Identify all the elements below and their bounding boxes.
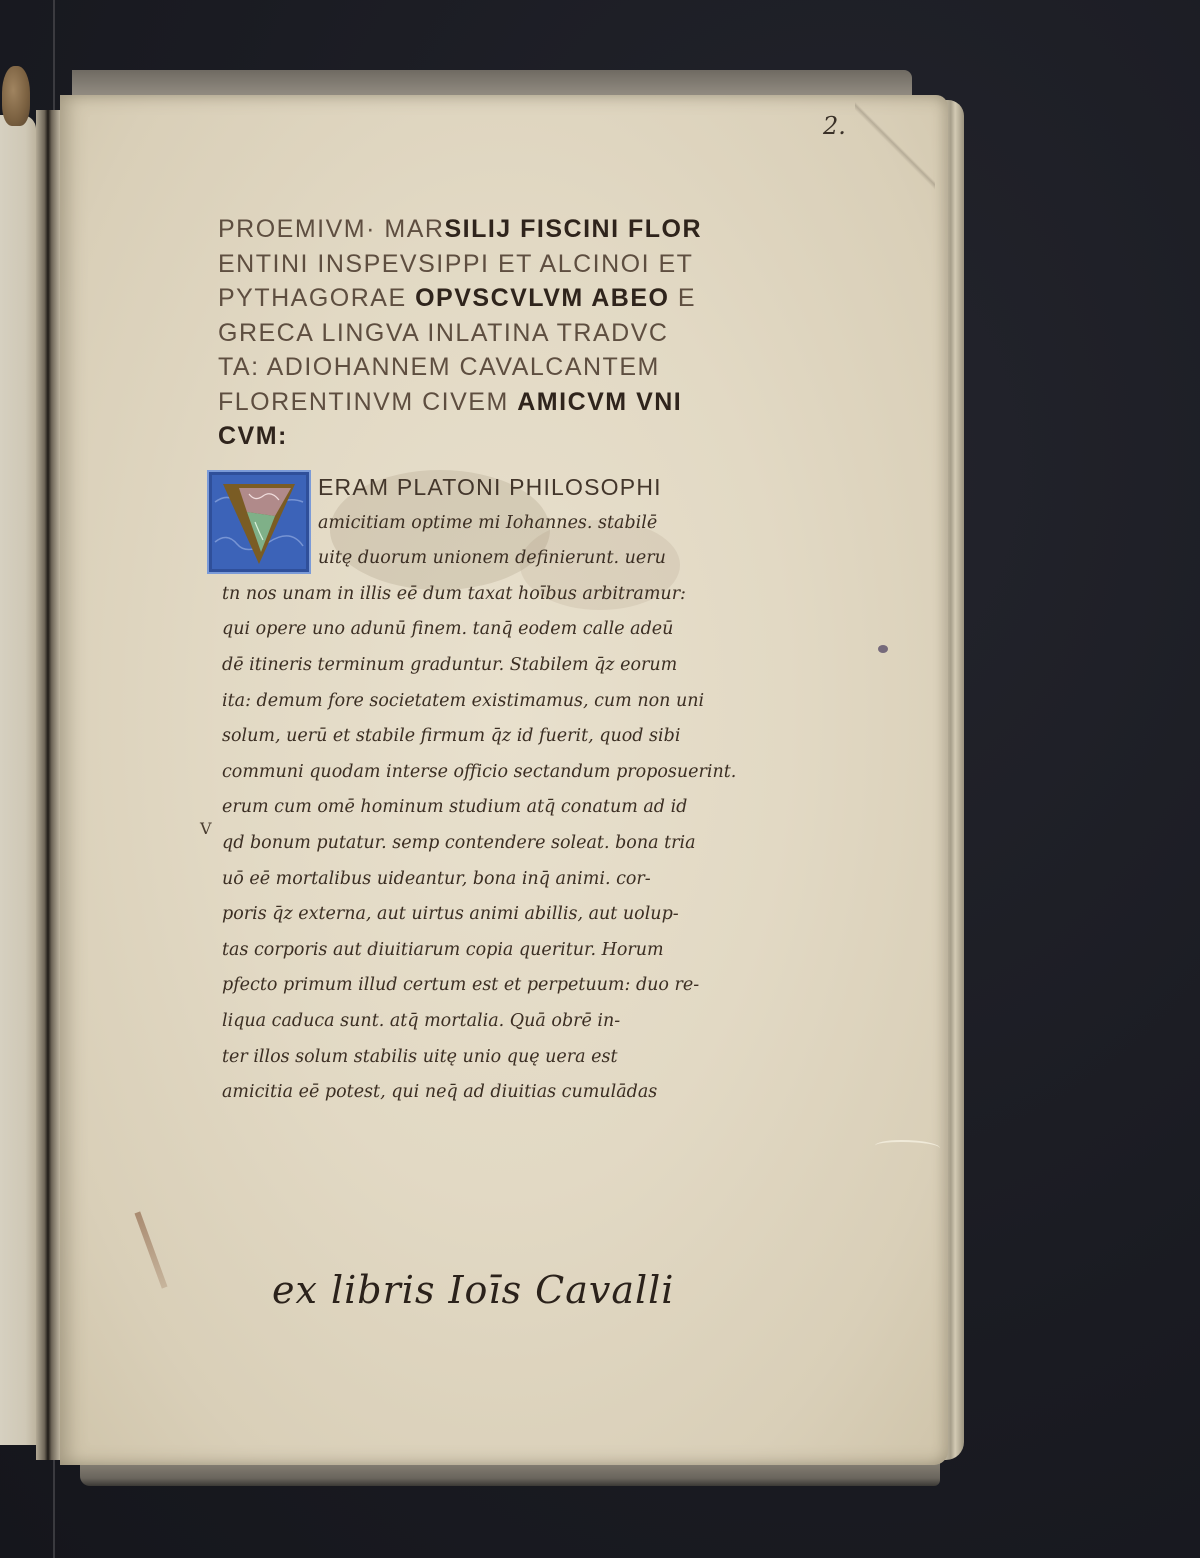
title-text-dark: CVM: [218, 422, 288, 450]
title-text: E [669, 284, 696, 312]
text-line: qui opere uno adunū finem. tanq̄ eodem c… [222, 612, 782, 648]
text-line: erum cum omē hominum studium atq̄ conatu… [222, 790, 782, 826]
text-line: poris q̄z externa, aut uirtus animi abil… [222, 897, 782, 933]
title-line: ENTINI INSPEVSIPPI ET ALCINOI ET [218, 247, 778, 282]
title-text: FLORENTINVM CIVEM [218, 388, 517, 416]
page-tear [875, 1140, 940, 1154]
text-line: ita: demum fore societatem existimamus, … [222, 684, 782, 720]
text-block: ERAM PLATONI PHILOSOPHI amicitiam optime… [222, 470, 782, 1111]
text-line: uitę duorum unionem definierunt. ueru [222, 541, 782, 577]
title-text: PROEMIVM· MAR [218, 215, 444, 243]
folio-number: 2. [823, 112, 846, 140]
title-text-dark: AMICVM VNI [517, 388, 682, 416]
text-line: tn nos unam in illis eē dum taxat hoībus… [222, 577, 782, 613]
text-line: uō eē mortalibus uideantur, bona inq̄ an… [222, 862, 782, 898]
text-line: dē itineris terminum graduntur. Stabilem… [222, 648, 782, 684]
title-line: FLORENTINVM CIVEM AMICVM VNI [218, 385, 778, 420]
text-line: communi quodam interse officio sectandum… [222, 755, 782, 791]
title-line: PYTHAGORAE OPVSCVLVM ABEO E [218, 281, 778, 316]
corner-crease [855, 100, 935, 190]
text-line: amicitiam optime mi Iohannes. stabilē [222, 506, 782, 542]
title-line: GRECA LINGVA INLATINA TRADVC [218, 316, 778, 351]
title-text: GRECA LINGVA INLATINA TRADVC [218, 319, 668, 347]
incipit-line: ERAM PLATONI PHILOSOPHI [222, 470, 782, 506]
text-line: ter illos solum stabilis uitę unio quę u… [222, 1040, 782, 1076]
text-line: liqua caduca sunt. atq̄ mortalia. Quā ob… [222, 1004, 782, 1040]
title-text: ENTINI INSPEVSIPPI ET ALCINOI ET [218, 250, 693, 278]
binding-gutter [36, 110, 60, 1460]
ownership-inscription: ex libris Ioīs Cavalli [272, 1268, 674, 1312]
guide-letter: V [200, 819, 212, 838]
title-text-dark: OPVSCVLVM ABEO [415, 284, 669, 312]
rubric-title: PROEMIVM· MARSILIJ FISCINI FLOR ENTINI I… [218, 212, 778, 454]
text-line: tas corporis aut diuitiarum copia querit… [222, 933, 782, 969]
text-line: solum, uerū et stabile firmum q̄z id fue… [222, 719, 782, 755]
facing-page-edge [0, 115, 36, 1445]
title-text: PYTHAGORAE [218, 284, 415, 312]
title-text: TA: ADIOHANNEM CAVALCANTEM [218, 353, 660, 381]
title-line: TA: ADIOHANNEM CAVALCANTEM [218, 350, 778, 385]
ink-spot [878, 645, 888, 653]
text-line: pfecto primum illud certum est et perpet… [222, 968, 782, 1004]
binding-tie [2, 66, 30, 126]
title-text-dark: SILIJ FISCINI FLOR [444, 215, 702, 243]
title-line: PROEMIVM· MARSILIJ FISCINI FLOR [218, 212, 778, 247]
text-line: qd bonum putatur. semp contendere soleat… [222, 826, 782, 862]
title-line: CVM: [218, 419, 778, 454]
text-line: amicitia eē potest, qui neq̄ ad diuitias… [222, 1075, 782, 1111]
